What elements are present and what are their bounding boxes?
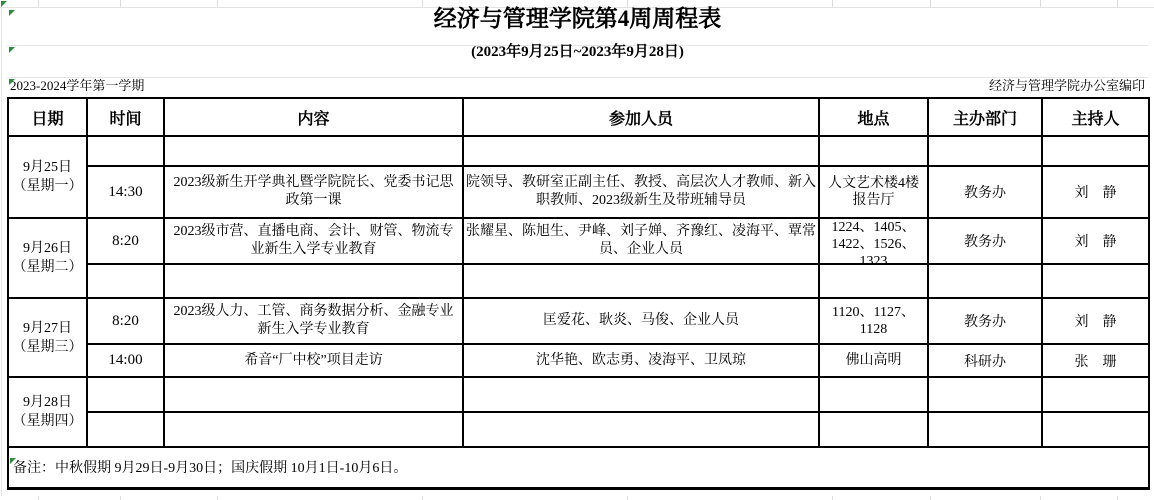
participants-cell[interactable]: [463, 136, 819, 166]
time-cell[interactable]: [87, 412, 164, 447]
table-row: 9月26日 （星期二） 8:20 2023级市营、直播电商、会计、财管、物流专业…: [8, 218, 1149, 264]
time-cell[interactable]: [87, 264, 164, 298]
location-cell[interactable]: [819, 264, 928, 298]
col-header-dept[interactable]: 主办部门: [928, 98, 1042, 136]
date-cell[interactable]: 9月27日 （星期三）: [8, 298, 87, 377]
dept-cell[interactable]: [928, 412, 1042, 447]
table-row: [8, 264, 1149, 298]
sheet-gutter-gridline: [1, 0, 2, 500]
location-cell[interactable]: 1120、1127、1128: [819, 298, 928, 344]
time-cell[interactable]: [87, 136, 164, 166]
time-cell[interactable]: 8:20: [87, 298, 164, 344]
col-header-content[interactable]: 内容: [164, 98, 463, 136]
location-cell[interactable]: 佛山高明: [819, 344, 928, 377]
table-row: 9月28日 （星期四）: [8, 377, 1149, 412]
location-cell[interactable]: 人文艺术楼4楼报告厅: [819, 166, 928, 218]
col-header-participants[interactable]: 参加人员: [463, 98, 819, 136]
content-cell[interactable]: [164, 136, 463, 166]
host-cell[interactable]: 张 珊: [1042, 344, 1149, 377]
content-cell[interactable]: [164, 412, 463, 447]
note-cell[interactable]: 备注：中秋假期 9月29日-9月30日；国庆假期 10月1日-10月6日。: [8, 447, 1149, 488]
table-row: 9月27日 （星期三） 8:20 2023级人力、工管、商务数据分析、金融专业新…: [8, 298, 1149, 344]
participants-cell[interactable]: 匡爱花、耿炎、马俊、企业人员: [463, 298, 819, 344]
content-cell[interactable]: 2023级市营、直播电商、会计、财管、物流专业新生入学专业教育: [164, 218, 463, 264]
host-cell[interactable]: 刘 静: [1042, 218, 1149, 264]
host-cell[interactable]: 刘 静: [1042, 166, 1149, 218]
error-marker-icon: [9, 10, 15, 16]
host-cell[interactable]: [1042, 264, 1149, 298]
dept-cell[interactable]: [928, 264, 1042, 298]
participants-cell[interactable]: 院领导、教研室正副主任、教授、高层次人才教师、新入职教师、2023级新生及带班辅…: [463, 166, 819, 218]
dept-cell[interactable]: 教务办: [928, 218, 1042, 264]
error-marker-icon: [1, 1, 7, 7]
page-title[interactable]: 经济与管理学院第4周周程表: [7, 0, 1148, 37]
meta-row: 2023-2024学年第一学期 经济与管理学院办公室编印: [7, 69, 1148, 97]
time-cell[interactable]: 14:30: [87, 166, 164, 218]
host-cell[interactable]: [1042, 136, 1149, 166]
col-header-date[interactable]: 日期: [8, 98, 87, 136]
col-header-host[interactable]: 主持人: [1042, 98, 1149, 136]
date-cell[interactable]: 9月25日 （星期一）: [8, 136, 87, 218]
dept-cell[interactable]: 教务办: [928, 166, 1042, 218]
dept-cell[interactable]: [928, 377, 1042, 412]
time-cell[interactable]: 8:20: [87, 218, 164, 264]
participants-cell[interactable]: [463, 377, 819, 412]
content-cell[interactable]: [164, 264, 463, 298]
participants-cell[interactable]: 张耀星、陈旭生、尹峰、刘子婵、齐豫红、凌海平、覃常员、企业人员: [463, 218, 819, 264]
dept-cell[interactable]: 教务办: [928, 298, 1042, 344]
location-cell[interactable]: [819, 412, 928, 447]
host-cell[interactable]: [1042, 377, 1149, 412]
error-marker-icon: [10, 458, 16, 464]
table-row: [8, 412, 1149, 447]
table-row: 14:00 希音“厂中校”项目走访 沈华艳、欧志勇、凌海平、卫凤琼 佛山高明 科…: [8, 344, 1149, 377]
publisher-label[interactable]: 经济与管理学院办公室编印: [989, 75, 1145, 94]
content-cell[interactable]: 2023级人力、工管、商务数据分析、金融专业新生入学专业教育: [164, 298, 463, 344]
header-row: 日期 时间 内容 参加人员 地点 主办部门 主持人: [8, 98, 1149, 136]
table-row: 14:30 2023级新生开学典礼暨学院院长、党委书记思政第一课 院领导、教研室…: [8, 166, 1149, 218]
date-cell[interactable]: 9月26日 （星期二）: [8, 218, 87, 298]
time-cell[interactable]: [87, 377, 164, 412]
spreadsheet-view: 经济与管理学院第4周周程表 (2023年9月25日~2023年9月28日) 20…: [0, 0, 1154, 500]
error-marker-icon: [9, 79, 15, 85]
note-row: 备注：中秋假期 9月29日-9月30日；国庆假期 10月1日-10月6日。: [8, 447, 1149, 488]
participants-cell[interactable]: [463, 412, 819, 447]
location-overflow-text: 1224、1405、1422、1526、1323: [822, 219, 925, 263]
date-range-subtitle[interactable]: (2023年9月25日~2023年9月28日): [7, 37, 1148, 69]
error-marker-icon: [9, 47, 15, 53]
participants-cell[interactable]: [463, 264, 819, 298]
time-cell[interactable]: 14:00: [87, 344, 164, 377]
participants-cell[interactable]: 沈华艳、欧志勇、凌海平、卫凤琼: [463, 344, 819, 377]
grid-strip-bottom: [0, 496, 1154, 500]
content-cell[interactable]: [164, 377, 463, 412]
host-cell[interactable]: 刘 静: [1042, 298, 1149, 344]
schedule-table: 日期 时间 内容 参加人员 地点 主办部门 主持人 9月25日 （星期一） 14…: [7, 97, 1150, 490]
host-cell[interactable]: [1042, 412, 1149, 447]
location-cell[interactable]: [819, 136, 928, 166]
content-cell[interactable]: 希音“厂中校”项目走访: [164, 344, 463, 377]
date-cell[interactable]: 9月28日 （星期四）: [8, 377, 87, 447]
dept-cell[interactable]: [928, 136, 1042, 166]
col-header-location[interactable]: 地点: [819, 98, 928, 136]
content-cell[interactable]: 2023级新生开学典礼暨学院院长、党委书记思政第一课: [164, 166, 463, 218]
dept-cell[interactable]: 科研办: [928, 344, 1042, 377]
location-cell[interactable]: 1224、1405、1422、1526、1323: [819, 218, 928, 264]
location-cell[interactable]: [819, 377, 928, 412]
col-header-time[interactable]: 时间: [87, 98, 164, 136]
semester-label[interactable]: 2023-2024学年第一学期: [10, 75, 144, 94]
table-row: 9月25日 （星期一）: [8, 136, 1149, 166]
